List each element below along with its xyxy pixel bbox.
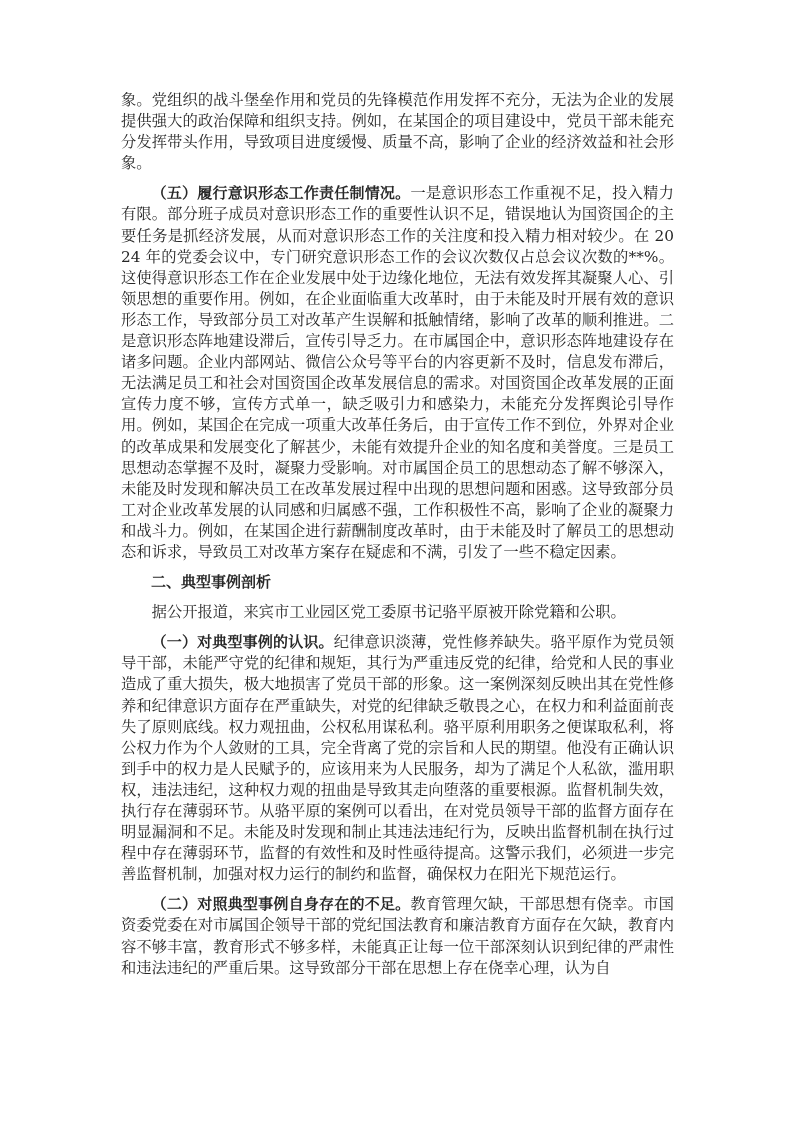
paragraph-lead-heading: （一）对典型事例的认识。 bbox=[152, 633, 334, 651]
document-page: 象。党组织的战斗堡垒作用和党员的先锋模范作用发挥不充分，无法为企业的发展提供强大… bbox=[121, 90, 674, 988]
paragraph-text: 一是意识形态工作重视不足，投入精力有限。部分班子成员对意识形态工作的重要性认识不… bbox=[121, 184, 674, 561]
section-heading-typical-case: 二、典型事例剖析 bbox=[121, 572, 674, 593]
paragraph-ideology-responsibility: （五）履行意识形态工作责任制情况。一是意识形态工作重视不足，投入精力有限。部分班… bbox=[121, 183, 674, 563]
paragraph-case-understanding: （一）对典型事例的认识。纪律意识淡薄，党性修养缺失。骆平原作为党员领导干部，未能… bbox=[121, 632, 674, 885]
paragraph-continuation: 象。党组织的战斗堡垒作用和党员的先锋模范作用发挥不充分，无法为企业的发展提供强大… bbox=[121, 90, 674, 174]
paragraph-lead-heading: （二）对照典型事例自身存在的不足。 bbox=[152, 895, 411, 913]
paragraph-self-shortcomings: （二）对照典型事例自身存在的不足。教育管理欠缺，干部思想有侥幸。市国资委党委在对… bbox=[121, 894, 674, 978]
paragraph-text: 纪律意识淡薄，党性修养缺失。骆平原作为党员领导干部，未能严守党的纪律和规矩，其行… bbox=[121, 633, 674, 883]
paragraph-text: 象。党组织的战斗堡垒作用和党员的先锋模范作用发挥不充分，无法为企业的发展提供强大… bbox=[121, 91, 674, 172]
paragraph-case-intro: 据公开报道，来宾市工业园区党工委原书记骆平原被开除党籍和公职。 bbox=[121, 602, 674, 623]
paragraph-text: 据公开报道，来宾市工业园区党工委原书记骆平原被开除党籍和公职。 bbox=[152, 603, 626, 621]
paragraph-lead-heading: （五）履行意识形态工作责任制情况。 bbox=[152, 184, 411, 202]
